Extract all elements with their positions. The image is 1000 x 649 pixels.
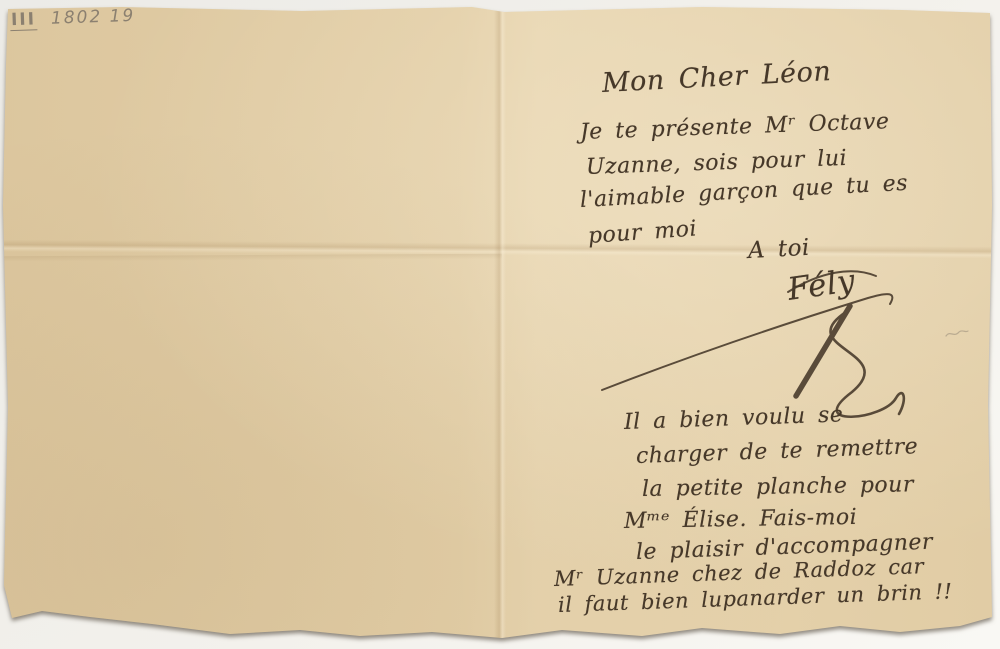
flourish-heavy-stem: [796, 306, 850, 396]
archival-roman-numeral: III: [10, 9, 38, 31]
faint-pencil-mark: [945, 327, 969, 341]
flourish-long-diagonal: [602, 294, 892, 390]
letter-line: Il a bien voulu se: [624, 402, 844, 435]
horizontal-crease-faint: [2, 254, 502, 263]
letter-line: Uzanne, sois pour lui: [586, 146, 848, 180]
horizontal-crease: [2, 240, 994, 259]
vertical-fold-crease: [494, 5, 506, 639]
letter-closing: A toi: [747, 235, 810, 264]
letter-paper: III1802 19 Mon Cher Léon Je te présente …: [2, 5, 994, 639]
archival-number: III1802 19: [10, 6, 136, 30]
archival-number-digits: 1802 19: [51, 6, 136, 29]
letter-line: Mᵐᵉ Élise. Fais-moi: [624, 505, 858, 534]
signature-text: Fély: [785, 263, 857, 308]
letter-line: Je te présente Mʳ Octave: [580, 109, 890, 145]
scanned-letter: III1802 19 Mon Cher Léon Je te présente …: [0, 0, 1000, 649]
letter-greeting: Mon Cher Léon: [601, 56, 832, 99]
paper-shadow-wrapper: III1802 19 Mon Cher Léon Je te présente …: [0, 0, 1000, 649]
flourish-s-squiggle: [830, 312, 903, 417]
letter-line: pour moi: [587, 216, 698, 249]
letter-line: charger de te remettre: [636, 434, 919, 469]
letter-line: la petite planche pour: [642, 472, 914, 502]
